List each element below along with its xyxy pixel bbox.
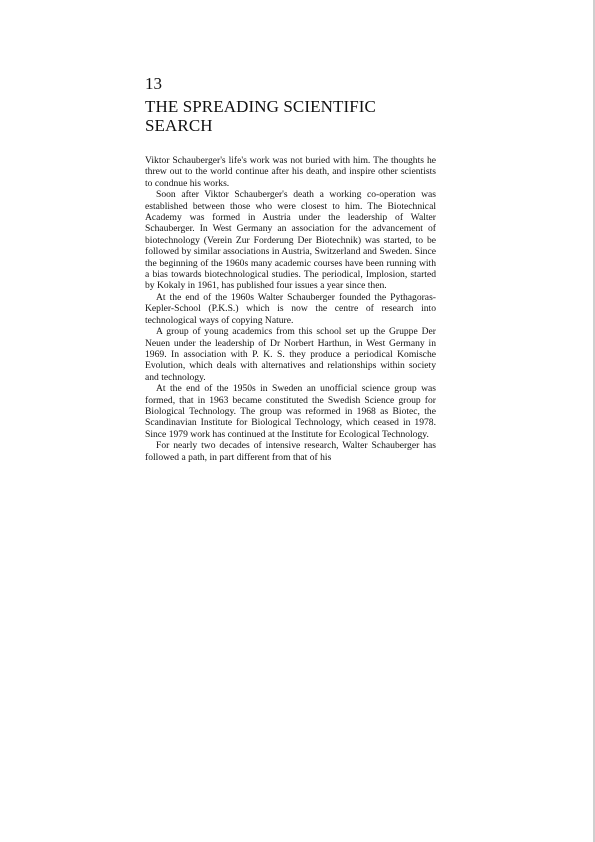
paragraph: At the end of the 1960s Walter Schauberg…	[145, 292, 436, 326]
paragraph: Viktor Schauberger's life's work was not…	[145, 155, 436, 189]
chapter-number: 13	[145, 74, 445, 94]
chapter-title: THE SPREADING SCIENTIFIC SEARCH	[145, 97, 445, 135]
paragraph: For nearly two decades of intensive rese…	[145, 440, 436, 463]
paragraph: At the end of the 1950s in Sweden an uno…	[145, 383, 436, 440]
paragraph: A group of young academics from this sch…	[145, 326, 436, 383]
chapter-heading: 13 THE SPREADING SCIENTIFIC SEARCH	[145, 74, 445, 135]
document-page: 13 THE SPREADING SCIENTIFIC SEARCH Vikto…	[0, 0, 595, 842]
body-text: Viktor Schauberger's life's work was not…	[145, 155, 436, 463]
paragraph: Soon after Viktor Schauberger's death a …	[145, 189, 436, 292]
